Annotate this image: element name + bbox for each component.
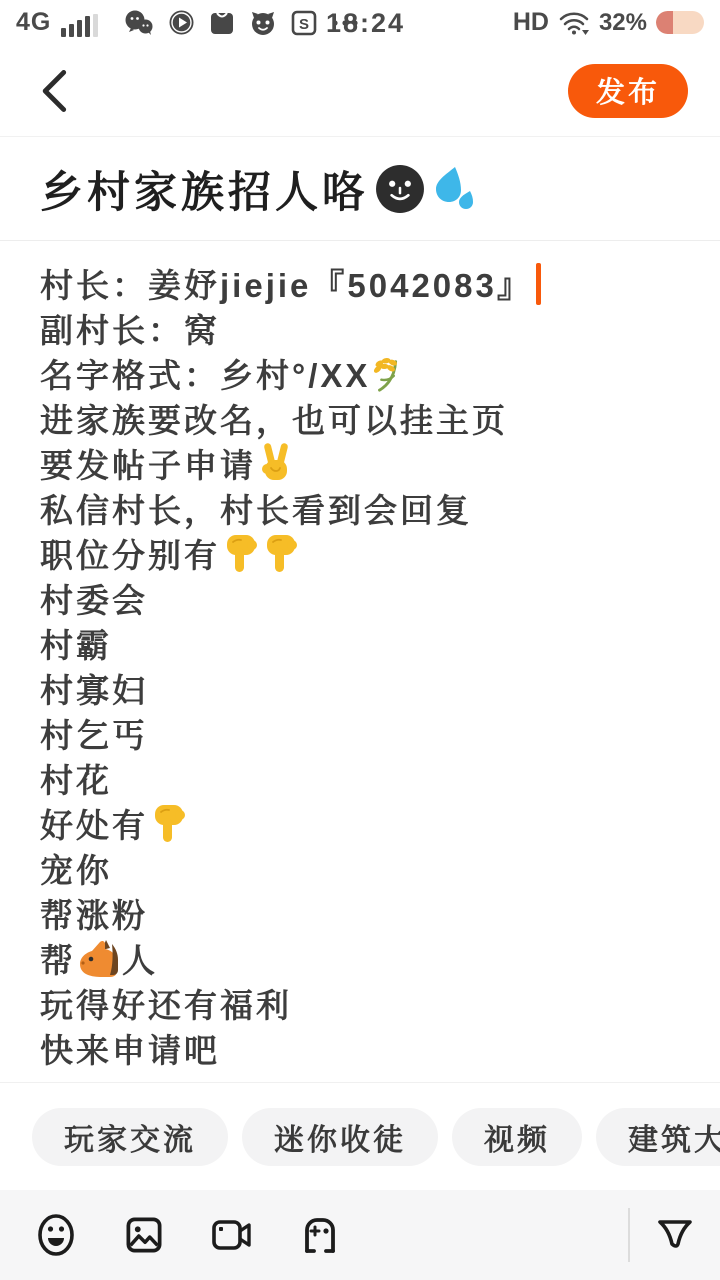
body-text: 村花 bbox=[40, 755, 112, 802]
hd-label: HD bbox=[513, 8, 549, 37]
play-circle-icon bbox=[168, 9, 195, 36]
title-field[interactable]: 乡村家族招人咯 bbox=[0, 138, 720, 241]
add-image-button[interactable] bbox=[118, 1209, 170, 1261]
body-line[interactable]: 副村长：窝 bbox=[40, 306, 684, 351]
body-text: 副村长：窝 bbox=[40, 305, 220, 352]
add-game-button[interactable] bbox=[294, 1209, 346, 1261]
body-line[interactable]: 村花 bbox=[40, 756, 684, 801]
body-line[interactable]: 玩得好还有福利 bbox=[40, 981, 684, 1026]
wechat-icon bbox=[124, 9, 154, 37]
body-text: 名字格式：乡村°/XX bbox=[40, 350, 370, 397]
notification-icons: S bbox=[124, 9, 359, 37]
tag-chip[interactable]: 建筑大赛 bbox=[596, 1108, 720, 1166]
triangle-down-icon bbox=[654, 1217, 696, 1253]
editor-toolbar bbox=[0, 1190, 720, 1280]
tag-row: 玩家交流迷你收徒视频建筑大赛 bbox=[0, 1082, 720, 1190]
body-line[interactable]: 名字格式：乡村°/XX bbox=[40, 351, 684, 396]
body-text: 村乞丐 bbox=[40, 710, 148, 757]
body-line[interactable]: 进家族要改名，也可以挂主页 bbox=[40, 396, 684, 441]
body-text: 村霸 bbox=[40, 620, 112, 667]
sheaf-of-rice-emoji bbox=[370, 355, 408, 393]
horse-face-emoji bbox=[76, 936, 122, 982]
body-text: 帮 bbox=[40, 935, 76, 982]
body-line[interactable]: 私信村长，村长看到会回复 bbox=[40, 486, 684, 531]
post-editor-screen: 4G bbox=[0, 0, 720, 1280]
wifi-icon bbox=[558, 10, 590, 36]
point-down-emoji bbox=[262, 532, 300, 576]
body-line[interactable]: 村乞丐 bbox=[40, 711, 684, 756]
s-badge-glyph: S bbox=[299, 16, 309, 33]
signal-strength-icon bbox=[61, 13, 98, 37]
point-down-emoji bbox=[222, 532, 260, 576]
status-right: HD 32% bbox=[513, 8, 704, 37]
body-text: 快来申请吧 bbox=[40, 1025, 220, 1072]
text-cursor bbox=[536, 263, 541, 305]
post-title: 乡村家族招人咯 bbox=[40, 159, 369, 220]
body-line[interactable]: 村寡妇 bbox=[40, 666, 684, 711]
body-text: 宠你 bbox=[40, 845, 112, 892]
tag-chip[interactable]: 迷你收徒 bbox=[242, 1108, 438, 1166]
tag-chip-label: 建筑大赛 bbox=[628, 1115, 720, 1159]
clock: 18:24 bbox=[326, 8, 405, 39]
body-text: 村寡妇 bbox=[40, 665, 148, 712]
battery-icon bbox=[656, 11, 704, 34]
body-line[interactable]: 帮 人 bbox=[40, 936, 684, 981]
body-line[interactable]: 村长：姜妤jiejie『5042083』 bbox=[40, 261, 684, 306]
gamepad-icon bbox=[295, 1209, 345, 1261]
image-icon bbox=[119, 1210, 169, 1260]
video-icon bbox=[206, 1211, 258, 1259]
cat-app-icon bbox=[249, 10, 277, 36]
post-body[interactable]: 村长：姜妤jiejie『5042083』副村长：窝名字格式：乡村°/XX 进家族… bbox=[0, 241, 720, 1082]
publish-button[interactable]: 发布 bbox=[568, 64, 688, 118]
body-text: 玩得好还有福利 bbox=[40, 980, 292, 1027]
emoji-picker-icon bbox=[32, 1209, 80, 1261]
bag-icon bbox=[209, 9, 235, 36]
title-emojis bbox=[375, 164, 477, 214]
add-video-button[interactable] bbox=[206, 1209, 258, 1261]
status-bar: 4G bbox=[0, 0, 720, 45]
body-text: 私信村长，村长看到会回复 bbox=[40, 485, 472, 532]
tag-chip-label: 迷你收徒 bbox=[274, 1115, 406, 1159]
body-line[interactable]: 村霸 bbox=[40, 621, 684, 666]
chevron-left-icon bbox=[39, 66, 69, 116]
body-line[interactable]: 要发帖子申请 bbox=[40, 441, 684, 486]
s-app-icon: S bbox=[291, 10, 317, 36]
emoji-picker-button[interactable] bbox=[30, 1209, 82, 1261]
body-line[interactable]: 宠你 bbox=[40, 846, 684, 891]
tag-chip[interactable]: 视频 bbox=[452, 1108, 582, 1166]
body-text: 职位分别有 bbox=[40, 530, 220, 577]
victory-hand-emoji bbox=[256, 442, 296, 486]
body-text: 村长：姜妤jiejie『5042083』 bbox=[40, 260, 533, 307]
body-text: 人 bbox=[122, 935, 158, 982]
body-line[interactable]: 村委会 bbox=[40, 576, 684, 621]
network-type-label: 4G bbox=[16, 8, 51, 37]
point-down-emoji bbox=[150, 802, 188, 846]
header: 发布 bbox=[0, 45, 720, 137]
battery-percent-label: 32% bbox=[599, 9, 647, 37]
body-text: 好处有 bbox=[40, 800, 148, 847]
body-text: 进家族要改名，也可以挂主页 bbox=[40, 395, 508, 442]
tag-chip-label: 视频 bbox=[484, 1115, 550, 1159]
collapse-toolbar-button[interactable] bbox=[630, 1205, 720, 1265]
body-line[interactable]: 好处有 bbox=[40, 801, 684, 846]
new-moon-face-emoji bbox=[375, 164, 425, 214]
body-line[interactable]: 帮涨粉 bbox=[40, 891, 684, 936]
body-line[interactable]: 快来申请吧 bbox=[40, 1026, 684, 1071]
body-text: 要发帖子申请 bbox=[40, 440, 256, 487]
back-button[interactable] bbox=[30, 63, 78, 119]
sweat-droplets-emoji bbox=[431, 166, 477, 212]
body-line[interactable]: 职位分别有 bbox=[40, 531, 684, 576]
body-text: 帮涨粉 bbox=[40, 890, 148, 937]
toolbar-right bbox=[628, 1205, 720, 1265]
body-text: 村委会 bbox=[40, 575, 148, 622]
tag-chip[interactable]: 玩家交流 bbox=[32, 1108, 228, 1166]
status-left: 4G bbox=[16, 8, 98, 37]
tag-chip-label: 玩家交流 bbox=[64, 1115, 196, 1159]
